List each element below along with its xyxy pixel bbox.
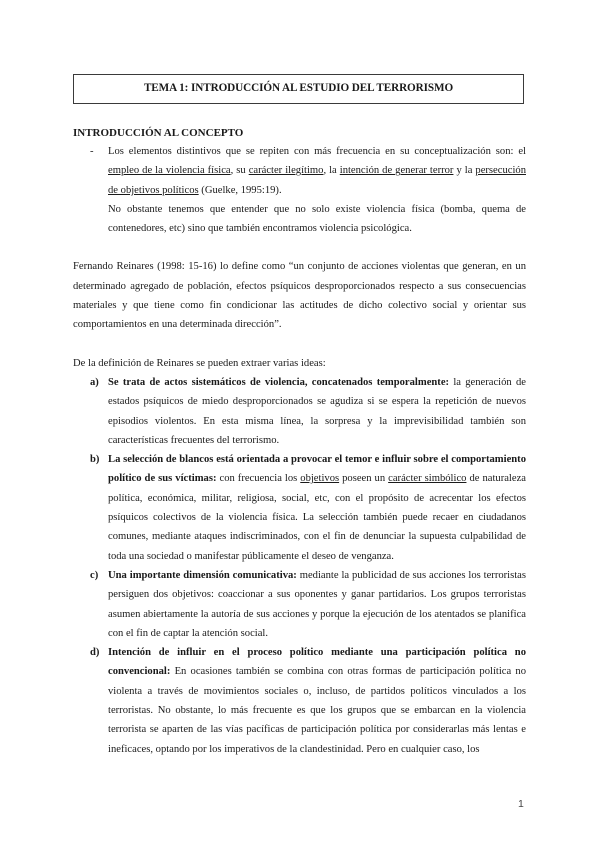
idea-text: de naturaleza política, económica, milit… (108, 473, 526, 561)
title-box: TEMA 1: INTRODUCCIÓN AL ESTUDIO DEL TERR… (73, 74, 524, 104)
ideas-intro: De la definición de Reinares se pueden e… (73, 354, 526, 373)
text-run: , su (231, 165, 249, 176)
idea-item-d: d) Intención de influir en el proceso po… (73, 643, 526, 759)
dash-marker: - (90, 142, 94, 161)
ideas-list: a) Se trata de actos sistemáticos de vio… (73, 373, 526, 759)
underlined-term-violencia: empleo de la violencia física (108, 165, 231, 176)
underlined-term-ilegitimo: carácter ilegítimo (249, 165, 324, 176)
underlined-term-terror: intención de generar terror (340, 165, 454, 176)
page-number: 1 (518, 798, 524, 810)
idea-item-c: c) Una importante dimensión comunicativa… (73, 566, 526, 643)
spacer (73, 335, 526, 354)
section-heading: INTRODUCCIÓN AL CONCEPTO (73, 124, 526, 142)
idea-text: con frecuencia los (216, 473, 300, 484)
text-run: , la (323, 165, 339, 176)
idea-text: En ocasiones también se combina con otra… (108, 666, 526, 754)
idea-item-a: a) Se trata de actos sistemáticos de vio… (73, 373, 526, 450)
dash-list-item: - Los elementos distintivos que se repit… (73, 142, 526, 238)
idea-item-b: b) La selección de blancos está orientad… (73, 450, 526, 566)
idea-text: poseen un (339, 473, 388, 484)
list-marker: d) (90, 643, 99, 662)
list-marker: a) (90, 373, 99, 392)
text-run: (Guelke, 1995:19). (199, 185, 282, 196)
list-marker: b) (90, 450, 99, 469)
concept-paragraph: Los elementos distintivos que se repiten… (108, 142, 526, 200)
psychological-violence-paragraph: No obstante tenemos que entender que no … (108, 200, 526, 239)
list-marker: c) (90, 566, 98, 585)
document-title: TEMA 1: INTRODUCCIÓN AL ESTUDIO DEL TERR… (74, 82, 523, 94)
text-run: Los elementos distintivos que se repiten… (108, 146, 526, 157)
document-body: INTRODUCCIÓN AL CONCEPTO - Los elementos… (73, 124, 526, 759)
underlined-term-objetivos: objetivos (300, 473, 339, 484)
reinares-definition: Fernando Reinares (1998: 15-16) lo defin… (73, 257, 526, 334)
underlined-term-simbolico: carácter simbólico (388, 473, 466, 484)
document-page: TEMA 1: INTRODUCCIÓN AL ESTUDIO DEL TERR… (0, 0, 600, 848)
idea-heading: Se trata de actos sistemáticos de violen… (108, 377, 449, 388)
text-run: y la (453, 165, 475, 176)
spacer (73, 238, 526, 257)
idea-heading: Una importante dimensión comunicativa: (108, 570, 297, 581)
dash-list: - Los elementos distintivos que se repit… (73, 142, 526, 238)
